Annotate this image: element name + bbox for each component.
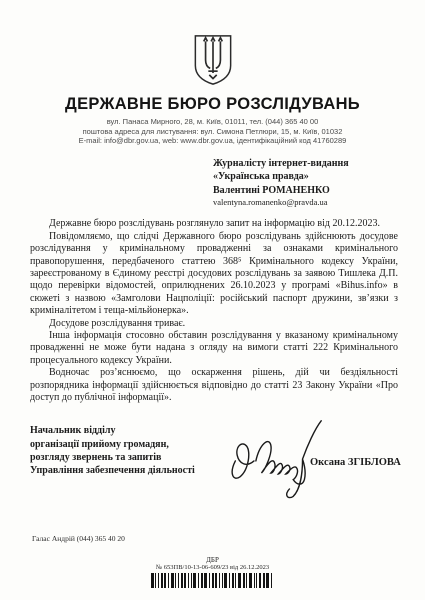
body-paragraph: Водночас роз’яснюємо, що оскарження ріше… bbox=[30, 367, 398, 404]
recipient-line: Валентині РОМАНЕНКО bbox=[213, 184, 413, 198]
coat-of-arms-icon bbox=[192, 34, 234, 91]
barcode bbox=[151, 573, 274, 588]
body-paragraph: Повідомляємо, що слідчі Державного бюро … bbox=[30, 231, 398, 318]
scanned-letter-page: ДЕРЖАВНЕ БЮРО РОЗСЛІДУВАНЬ вул. Панаса М… bbox=[0, 0, 425, 600]
letterhead: ДЕРЖАВНЕ БЮРО РОЗСЛІДУВАНЬ вул. Панаса М… bbox=[0, 0, 425, 146]
registration-stamp: ДБР № 653ПВ/10-13-06-609/23 від 26.12.20… bbox=[0, 556, 425, 593]
stamp-number: № 653ПВ/10-13-06-609/23 від 26.12.2023 bbox=[0, 564, 425, 572]
recipient-line: Журналісту інтернет-видання bbox=[213, 157, 413, 171]
recipient-line: «Українська правда» bbox=[213, 170, 413, 184]
stamp-org: ДБР bbox=[0, 556, 425, 564]
executor-contact: Галас Андрій (044) 365 40 20 bbox=[32, 534, 125, 543]
body-paragraph: Інша інформація стосовно обставин розслі… bbox=[30, 330, 398, 367]
signer-position-line: Начальник відділу bbox=[30, 424, 245, 437]
signer-position-line: розгляду звернень та запитів bbox=[30, 451, 245, 464]
signer-position-line: організації прийому громадян, bbox=[30, 438, 245, 451]
org-address-line: поштова адреса для листування: вул. Симо… bbox=[0, 127, 425, 137]
org-address-block: вул. Панаса Мирного, 28, м. Київ, 01011,… bbox=[0, 117, 425, 146]
body-paragraph: Досудове розслідування триває. bbox=[30, 318, 398, 330]
org-address-line: E-mail: info@dbr.gov.ua, web: www.dbr.go… bbox=[0, 136, 425, 146]
recipient-block: Журналісту інтернет-видання «Українська … bbox=[213, 157, 413, 209]
org-name: ДЕРЖАВНЕ БЮРО РОЗСЛІДУВАНЬ bbox=[0, 95, 425, 114]
recipient-email: valentyna.romanenko@pravda.ua bbox=[213, 197, 413, 208]
signer-name: Оксана ЗГІБЛОВА bbox=[310, 457, 401, 468]
body-paragraph: Державне бюро розслідувань розглянуло за… bbox=[30, 218, 398, 230]
org-address-line: вул. Панаса Мирного, 28, м. Київ, 01011,… bbox=[0, 117, 425, 127]
signature-block: Начальник відділуорганізації прийому гро… bbox=[30, 424, 425, 509]
signer-position: Начальник відділуорганізації прийому гро… bbox=[30, 424, 245, 477]
signer-position-line: Управління забезпечення діяльності bbox=[30, 464, 245, 477]
letter-body: Державне бюро розслідувань розглянуло за… bbox=[30, 218, 398, 404]
